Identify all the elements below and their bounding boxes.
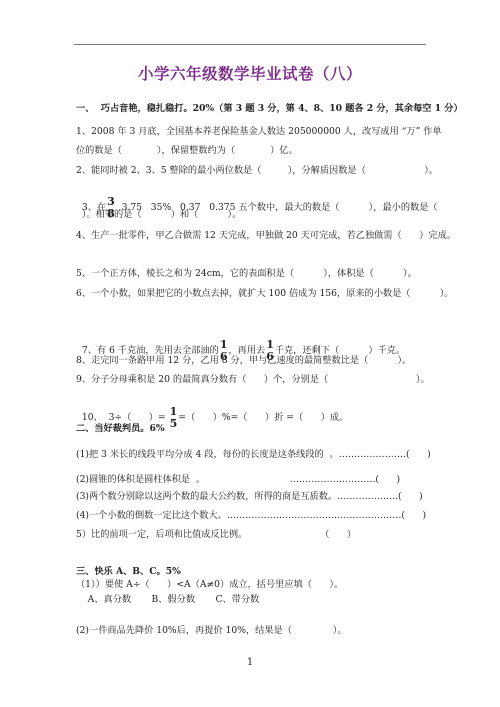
judge-item-1: (1)把 3 米长的线段平均分成 4 段，每份的长度是这条线段的 。………………… bbox=[76, 449, 431, 461]
header-rule bbox=[74, 44, 426, 45]
choice-question-1: （1））要使 A÷（ ）<A（A≠0）成立，括号里应填（ ）。 bbox=[76, 579, 343, 591]
question-10-part-a: 10、 3÷（ ）= bbox=[82, 412, 169, 423]
question-1-line-b: 位的数是（ ），保留整数约为（ ）亿。 bbox=[76, 145, 298, 157]
judge-item-2: (2)圆锥的体积是圆柱体积是 。 ……………………….( ) bbox=[76, 474, 400, 486]
page-number: 1 bbox=[0, 657, 500, 668]
question-6: 6、一个小数，如果把它的小数点去掉，就扩大 100 倍成为 156，原来的小数是… bbox=[76, 288, 453, 300]
choice-question-1-options: A、真分数 B、假分数 C、带分数 bbox=[76, 594, 259, 606]
question-8: 8、走完同一条路甲用 12 分，乙用 8 分，甲与乙速度的最简整数比是（ ）。 bbox=[76, 355, 411, 367]
judge-item-5: 5）比的前项一定，后项和比值成反比例。 （ ） bbox=[76, 529, 356, 541]
page-title: 小学六年级数学毕业试卷（八） bbox=[0, 62, 500, 84]
judge-item-3: (3)两个数分别除以这两个数的最大公约数，所得的商是互质数。………………..( … bbox=[76, 491, 423, 503]
question-3-line-b: ）。相等的是（ ）和（ ）。 bbox=[76, 209, 241, 221]
question-10-part-b: =（ ）%=（ ）折 =（ ）成。 bbox=[178, 412, 348, 423]
section3-heading: 三、快乐 A、B、C。5% bbox=[76, 566, 181, 578]
fraction-1-5: 15 bbox=[170, 406, 178, 429]
question-5: 5、一个正方体，棱长之和为 24cm，它的表面积是（ ），体积是（ ）。 bbox=[76, 268, 417, 280]
fraction-denominator: 5 bbox=[170, 418, 178, 429]
section1-heading: 一、 巧占音艳，稳扎稳打。20%（第 3 题 3 分，第 4、8、10 题各 2… bbox=[76, 103, 463, 115]
judge-item-4: (4)一个小数的倒数一定比这个数大。…………………………………………………( ) bbox=[76, 510, 426, 522]
question-2: 2、能同时被 2、3、5 整除的最小两位数是（ ），分解质因数是（ ）。 bbox=[76, 165, 438, 177]
choice-question-2: (2)一件商品先降价 10%后，再提价 10%，结果是（ ）。 bbox=[76, 625, 347, 637]
question-9: 9、分子分母乘积是 20 的最简真分数有（ ）个，分别是（ ）。 bbox=[76, 374, 430, 386]
question-4: 4、生产一批零件，甲乙合做需 12 天完成，甲独做 20 天可完成，若乙独做需（… bbox=[76, 230, 456, 242]
question-1-line-a: 1、2008 年 3 月底，全国基本养老保险基金人数达 205000000 人，… bbox=[76, 126, 442, 138]
section2-heading: 二、当好裁判员。6% bbox=[76, 423, 165, 435]
